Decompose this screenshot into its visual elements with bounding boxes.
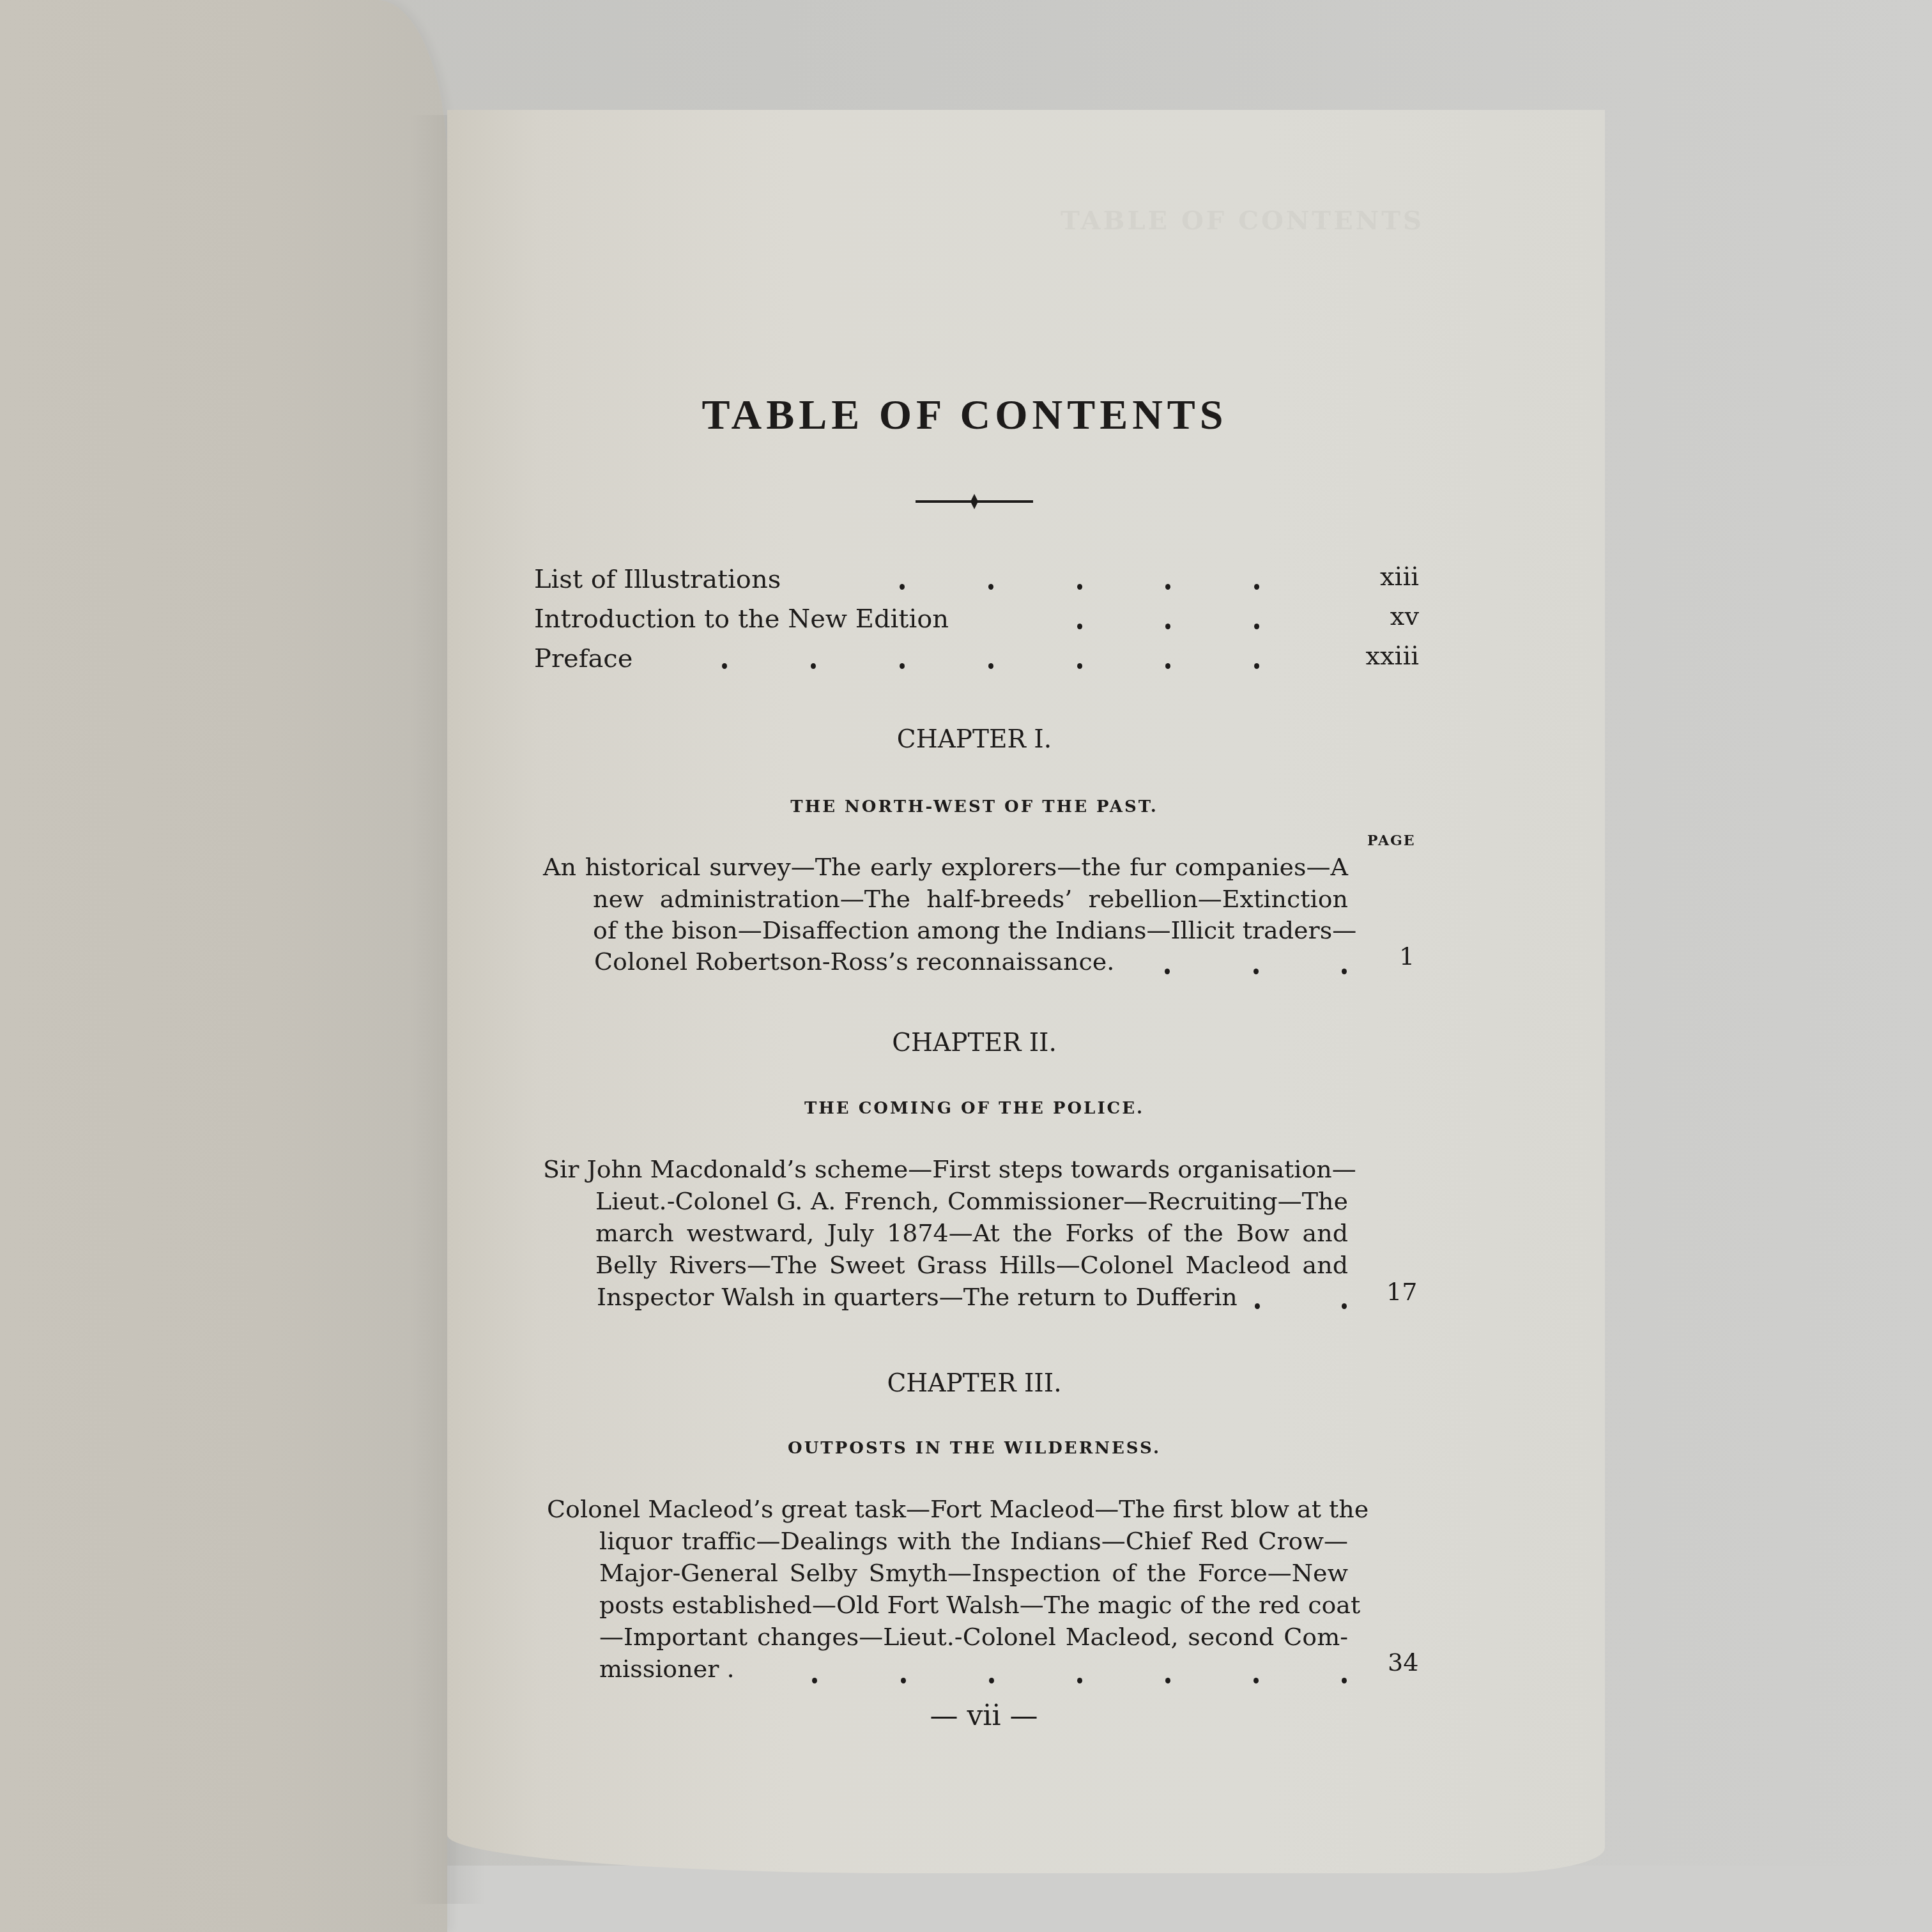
rule-with-diamond-icon xyxy=(916,492,1033,511)
chapter-3-summary-line: missioner . xyxy=(599,1653,791,1684)
chapter-3-subtitle[interactable]: OUTPOSTS IN THE WILDERNESS. xyxy=(671,1439,1278,1458)
leader-dot xyxy=(1342,969,1347,974)
chapter-3-summary-line: Colonel Macleod’s great task—Fort Macleo… xyxy=(547,1494,1348,1524)
chapter-1-heading: CHAPTER I. xyxy=(703,725,1246,754)
leader-dot xyxy=(900,584,905,590)
leader-dot xyxy=(1254,624,1259,629)
chapter-2-summary-line: Belly Rivers—The Sweet Grass Hills—Colon… xyxy=(595,1250,1348,1280)
leader-dot xyxy=(1077,1678,1082,1683)
chapter-2-summary-line: march westward, July 1874—At the Forks o… xyxy=(595,1218,1348,1248)
leader-dot xyxy=(812,1678,817,1683)
toc-row-preface[interactable]: Preface xxiii xyxy=(534,644,1419,676)
leader-dot xyxy=(1342,1678,1347,1683)
leader-dot xyxy=(900,663,905,669)
leader-dot xyxy=(1165,969,1170,974)
chapter-1-subtitle[interactable]: THE NORTH-WEST OF THE PAST. xyxy=(671,797,1278,816)
leader-dot xyxy=(1165,663,1170,669)
chapter-3-summary-line: —Important changes—Lieut.-Colonel Macleo… xyxy=(599,1621,1348,1652)
left-page xyxy=(0,0,447,1932)
leader-dot xyxy=(1253,1678,1259,1683)
leader-dot xyxy=(1077,663,1082,669)
chapter-3-heading: CHAPTER III. xyxy=(703,1369,1246,1398)
leader-dot xyxy=(722,663,727,669)
chapter-2-summary-line: Inspector Walsh in quarters—The return t… xyxy=(597,1282,1223,1312)
leader-dot xyxy=(811,663,816,669)
page-column-label: PAGE xyxy=(1367,832,1416,849)
toc-row-page: xxiii xyxy=(1366,641,1420,671)
chapter-2-page: 17 xyxy=(1386,1278,1417,1306)
leader-dot xyxy=(901,1678,906,1683)
toc-row-list-of-illustrations[interactable]: List of Illustrations xiii xyxy=(534,565,1419,597)
chapter-2-subtitle[interactable]: THE COMING OF THE POLICE. xyxy=(671,1099,1278,1118)
chapter-1-page: 1 xyxy=(1399,942,1414,970)
leader-dot xyxy=(1077,584,1082,590)
leader-dot xyxy=(1253,969,1259,974)
toc-row-page: xiii xyxy=(1380,562,1419,592)
chapter-1-summary-line: An historical survey—The early explorers… xyxy=(543,852,1348,882)
chapter-3-summary-line: posts established—Old Fort Walsh—The mag… xyxy=(599,1590,1348,1620)
chapter-3-page: 34 xyxy=(1388,1648,1418,1676)
page-title: TABLE OF CONTENTS xyxy=(696,391,1233,440)
chapter-1-summary-line: Colonel Robertson-Ross’s reconnaissance. xyxy=(594,946,1092,977)
leader-dot xyxy=(989,1678,994,1683)
leader-dot xyxy=(1077,624,1082,629)
toc-row-label: Introduction to the New Edition xyxy=(534,604,949,634)
leader-dot xyxy=(1165,1678,1170,1683)
toc-row-page: xv xyxy=(1390,602,1419,631)
chapter-3-summary-line: Major-General Selby Smyth—Inspection of … xyxy=(599,1558,1348,1588)
leader-dot xyxy=(1254,584,1259,590)
leader-dot xyxy=(1342,1303,1347,1309)
leader-dot xyxy=(988,663,993,669)
page-number-footer: — vii — xyxy=(914,1699,1054,1732)
chapter-2-heading: CHAPTER II. xyxy=(703,1029,1246,1057)
leader-dot xyxy=(1255,1303,1260,1309)
leader-dot xyxy=(1165,584,1170,590)
bleed-through-text: TABLE OF CONTENTS xyxy=(1061,206,1424,236)
leader-dot xyxy=(988,584,993,590)
chapter-1-summary-line: new administration—The half-breeds’ rebe… xyxy=(593,884,1348,914)
chapter-2-summary-line: Sir John Macdonald’s scheme—First steps … xyxy=(543,1154,1348,1184)
chapter-3-summary-line: liquor traffic—Dealings with the Indians… xyxy=(599,1526,1348,1556)
toc-row-label: Preface xyxy=(534,644,632,673)
chapter-2-summary-line: Lieut.-Colonel G. A. French, Commissione… xyxy=(595,1186,1348,1216)
toc-row-label: List of Illustrations xyxy=(534,565,781,594)
chapter-1-summary-line: of the bison—Disaffection among the Indi… xyxy=(593,915,1348,946)
leader-dot xyxy=(1165,624,1170,629)
leader-dot xyxy=(1254,663,1259,669)
toc-row-introduction[interactable]: Introduction to the New Edition xv xyxy=(534,604,1419,636)
